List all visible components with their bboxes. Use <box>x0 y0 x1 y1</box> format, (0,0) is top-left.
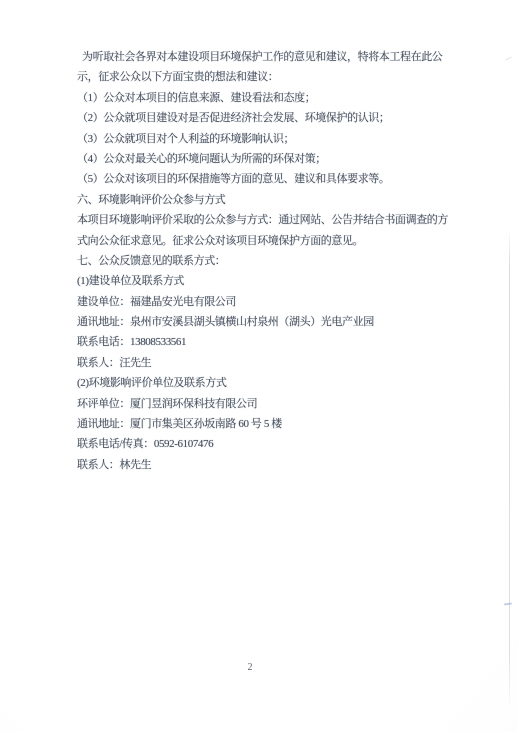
scan-artifact-blue-tick <box>504 602 512 605</box>
document-page: 为听取社会各界对本建设项目环境保护工作的意见和建议，特将本工程在此公 示，征求公… <box>0 0 517 732</box>
participation-method-line-2: 式向公众征求意见。征求公众对该项目环境保护方面的意见。 <box>77 231 462 251</box>
eia-unit-address: 通讯地址：厦门市集美区孙坂南路 60 号 5 楼 <box>77 414 462 434</box>
scan-artifact-top-tick <box>505 57 512 61</box>
construction-unit-contact-person: 联系人：汪先生 <box>77 353 462 373</box>
section-6-heading: 六、环境影响评价公众参与方式 <box>77 190 462 210</box>
public-opinion-item-2: （2）公众就项目建设对是否促进经济社会发展、环境保护的认识； <box>77 108 462 128</box>
public-opinion-item-5: （5）公众对该项目的环保措施等方面的意见、建议和具体要求等。 <box>77 169 462 189</box>
scan-artifact-vertical-line <box>509 228 510 710</box>
page-number: 2 <box>244 662 256 674</box>
intro-line-1: 为听取社会各界对本建设项目环境保护工作的意见和建议，特将本工程在此公 <box>77 47 462 67</box>
section-7-heading: 七、公众反馈意见的联系方式： <box>77 251 462 271</box>
eia-unit-contact-person: 联系人：林先生 <box>77 455 462 475</box>
construction-unit-name: 建设单位：福建晶安光电有限公司 <box>77 292 462 312</box>
public-opinion-item-4: （4）公众对最关心的环境问题认为所需的环保对策； <box>77 149 462 169</box>
document-body: 为听取社会各界对本建设项目环境保护工作的意见和建议，特将本工程在此公 示，征求公… <box>77 47 462 475</box>
intro-line-2: 示，征求公众以下方面宝贵的想法和建议： <box>77 67 462 87</box>
construction-unit-phone: 联系电话：13808533561 <box>77 332 462 352</box>
construction-unit-subheading: (1)建设单位及联系方式 <box>77 271 462 291</box>
construction-unit-address: 通讯地址：泉州市安溪县湖头镇横山村泉州（湖头）光电产业园 <box>77 312 462 332</box>
participation-method-line-1: 本项目环境影响评价采取的公众参与方式：通过网站、公告并结合书面调查的方 <box>77 210 462 230</box>
public-opinion-item-1: （1）公众对本项目的信息来源、建设看法和态度； <box>77 88 462 108</box>
eia-unit-phone-fax: 联系电话/传真：0592-6107476 <box>77 434 462 454</box>
eia-unit-subheading: (2)环境影响评价单位及联系方式 <box>77 373 462 393</box>
eia-unit-name: 环评单位：厦门昱润环保科技有限公司 <box>77 394 462 414</box>
public-opinion-item-3: （3）公众就项目对个人利益的环境影响认识； <box>77 129 462 149</box>
